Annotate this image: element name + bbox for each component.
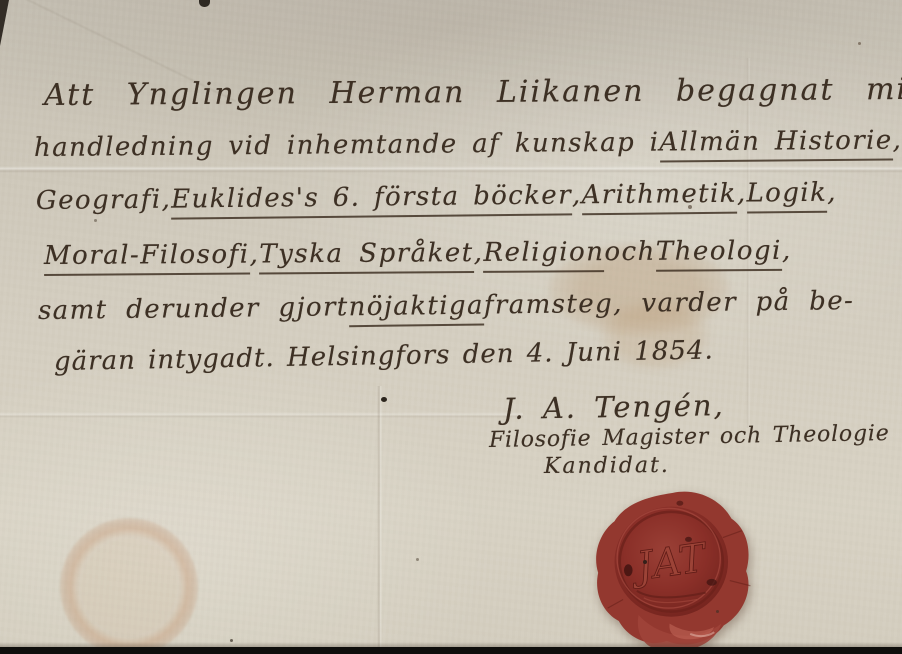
text-segment: ,: [782, 236, 792, 266]
document-photo: Att Ynglingen Herman Liikanen begagnat m…: [0, 0, 902, 654]
underlined-phrase: Euklides's 6. första böcker: [171, 180, 572, 219]
text-segment: ,: [827, 178, 837, 208]
handwritten-line: samt derunder gjort nöjaktiga framsteg, …: [38, 286, 855, 331]
text-segment: samt derunder gjort: [38, 292, 349, 326]
text-segment: Filosofie Magister och Theologie: [489, 421, 890, 453]
underlined-phrase: nöjaktiga: [348, 291, 484, 328]
ink-speck: [381, 397, 387, 402]
signature-title-line: Filosofie Magister och Theologie: [489, 421, 890, 453]
signature-title-line: Kandidat.: [544, 453, 670, 479]
ink-speck: [416, 558, 419, 561]
text-segment: och: [604, 237, 656, 267]
seal-speck: [676, 501, 683, 506]
paper-tear-mark: [199, 0, 210, 7]
seal-speck: [707, 579, 717, 586]
signature-name-line: J. A. Tengén,: [503, 388, 725, 426]
handwritten-line: Geografi, Euklides's 6. första böcker, A…: [36, 178, 837, 221]
text-segment: ,: [737, 179, 747, 209]
photo-edge: [0, 647, 902, 654]
ink-speck: [858, 42, 861, 45]
underlined-phrase: Religion: [483, 237, 604, 273]
text-segment: ,: [249, 239, 259, 269]
handwritten-line: Moral-Filosofi, Tyska Språket, Religion …: [44, 236, 792, 276]
underlined-phrase: Logik: [746, 178, 827, 214]
handwritten-line: handledning vid inhemtande af kunskap i …: [34, 125, 902, 168]
text-segment: J. A. Tengén,: [503, 388, 725, 426]
seal-speck: [624, 564, 633, 576]
text-segment: ,: [892, 125, 902, 155]
fold-line: [0, 412, 523, 418]
underlined-phrase: Moral-Filosofi: [44, 240, 250, 276]
underlined-phrase: Allmän Historie: [659, 126, 892, 163]
text-segment: framsteg, varder på be-: [484, 286, 855, 321]
underlined-phrase: Tyska Språket: [259, 238, 474, 274]
text-segment: gäran intygadt. Helsingfors den 4. Juni …: [54, 335, 714, 377]
fold-line: [377, 386, 382, 654]
seal-ring-stain: [60, 518, 198, 654]
photo-edge: [0, 0, 9, 46]
wax-seal: JAT: [578, 486, 768, 654]
underlined-phrase: Arithmetik: [581, 179, 737, 216]
underlined-phrase: Theologi: [656, 236, 782, 272]
text-segment: Kandidat.: [544, 453, 670, 479]
handwritten-line: gäran intygadt. Helsingfors den 4. Juni …: [54, 335, 714, 377]
seal-speck: [685, 537, 692, 542]
text-segment: Att Ynglingen Herman Liikanen begagnat m…: [44, 72, 902, 113]
text-segment: ,: [572, 180, 582, 210]
text-segment: Geografi,: [36, 185, 171, 216]
handwritten-line: Att Ynglingen Herman Liikanen begagnat m…: [44, 72, 902, 113]
text-segment: handledning vid inhemtande af kunskap i: [34, 128, 660, 163]
